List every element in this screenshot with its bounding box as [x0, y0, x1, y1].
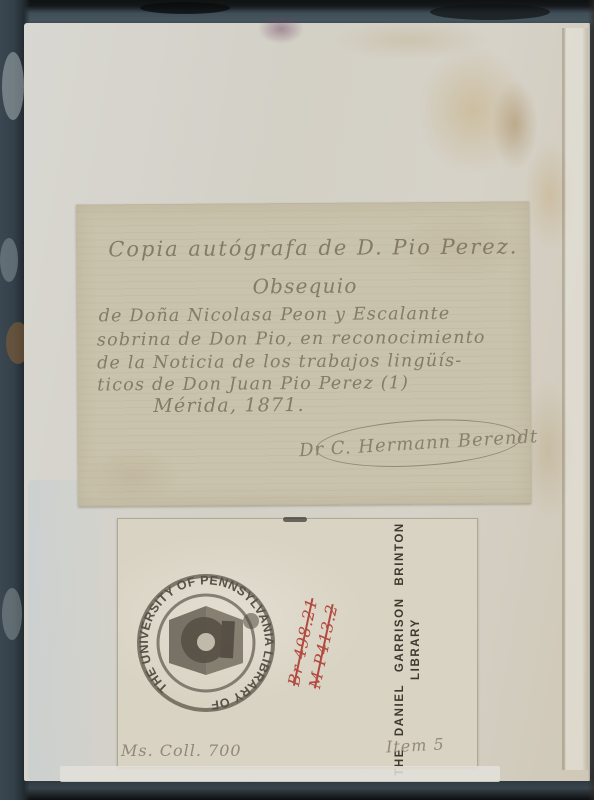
binding-wear-patch	[2, 588, 22, 640]
item-number-annotation: Item 5	[386, 734, 446, 756]
library-bookplate: THE UNIVERSITY OF PENNSYLVANIA LIBRARY O…	[117, 518, 478, 768]
note-line: de Doña Nicolasa Peon y Escalante	[99, 303, 451, 328]
library-name-line2: LIBRARY	[410, 618, 422, 680]
paper-crease	[562, 28, 588, 770]
handwritten-note: Copia autógrafa de D. Pio Perez. Obsequi…	[76, 201, 531, 506]
note-line: Mérida, 1871.	[153, 394, 305, 418]
binding-wear-patch	[430, 4, 550, 20]
signature-oval: Dr C. Hermann Berendt	[314, 414, 522, 472]
binding-wear-patch	[0, 238, 18, 282]
ink-smudge	[283, 517, 307, 522]
note-line: Obsequio	[252, 275, 357, 299]
book-inside-cover-scan: Copia autógrafa de D. Pio Perez. Obsequi…	[0, 0, 594, 800]
paper-edge-strip	[60, 766, 500, 782]
collection-number-annotation: Ms. Coll. 700	[121, 741, 242, 760]
binding-wear-patch	[140, 2, 230, 14]
binding-wear-patch	[2, 52, 24, 120]
brinton-library-stamp: THE DANIEL GARRISON BRINTON LIBRARY	[388, 539, 428, 759]
signature: Dr C. Hermann Berendt	[298, 426, 538, 461]
note-line: sobrina de Don Pio, en reconocimiento	[97, 327, 486, 353]
note-line: Copia autógrafa de D. Pio Perez.	[108, 235, 518, 261]
page-block-edge	[588, 0, 594, 800]
